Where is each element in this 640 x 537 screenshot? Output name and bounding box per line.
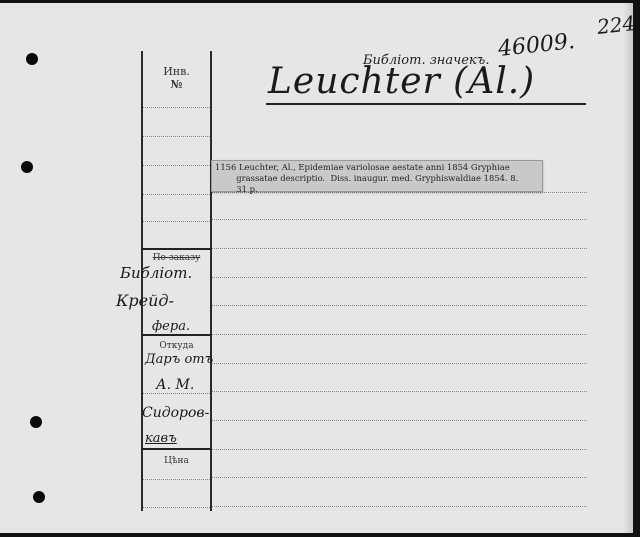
rule-line [143, 507, 210, 508]
punch-hole-icon [26, 53, 38, 65]
catalog-card: 224 46009. Библіот. значекъ. Leuchter (A… [0, 3, 633, 533]
rule-line [212, 277, 587, 278]
inventory-label: Инв. [143, 65, 210, 78]
price-section-divider [141, 448, 212, 450]
citation-line-3: 31 p. [212, 185, 542, 196]
rule-line [212, 449, 587, 450]
source-label: Откуда [143, 341, 210, 351]
order-value-line-1: Библіот. [120, 264, 192, 282]
source-value-line-1: Даръ отъ [145, 352, 213, 367]
punch-hole-icon [33, 491, 45, 503]
rule-line [143, 221, 210, 222]
rule-line [212, 334, 587, 335]
rule-line [212, 506, 587, 507]
punch-hole-icon [30, 416, 42, 428]
rule-line [212, 420, 587, 421]
rule-line [212, 219, 587, 220]
citation-line-2: grassatae descriptio. Diss. inaugur. med… [212, 174, 542, 185]
source-value-line-3: Сидоров- [142, 405, 209, 421]
order-label: По заказу [143, 253, 210, 263]
rule-line [143, 479, 210, 480]
order-value-line-3: фера. [152, 319, 190, 334]
shelf-mark-value: 46009. [497, 29, 576, 62]
rule-line [143, 107, 210, 108]
printed-citation-clipping: 1156 Leuchter, Al., Epidemiae variolosae… [211, 160, 543, 192]
rule-line [212, 477, 587, 478]
source-section-divider [141, 334, 212, 336]
rule-line [143, 194, 210, 195]
rule-line [143, 393, 210, 394]
author-underline [266, 103, 586, 105]
rule-line [143, 165, 210, 166]
order-value-line-2: Крейд- [116, 291, 174, 310]
author-heading: Leuchter (Al.) [268, 61, 535, 102]
price-label: Цѣна [143, 456, 210, 466]
source-value-line-4: кавъ [145, 431, 177, 446]
rule-line [212, 248, 587, 249]
punch-hole-icon [21, 161, 33, 173]
rule-line [212, 391, 587, 392]
page-number: 224 [596, 11, 636, 39]
rule-line [143, 136, 210, 137]
order-section-divider [141, 248, 212, 250]
rule-line [212, 305, 587, 306]
rule-line [212, 363, 587, 364]
right-column-rule [210, 51, 212, 511]
source-value-line-2: А. М. [156, 377, 194, 393]
inventory-number-sign: № [143, 78, 210, 91]
